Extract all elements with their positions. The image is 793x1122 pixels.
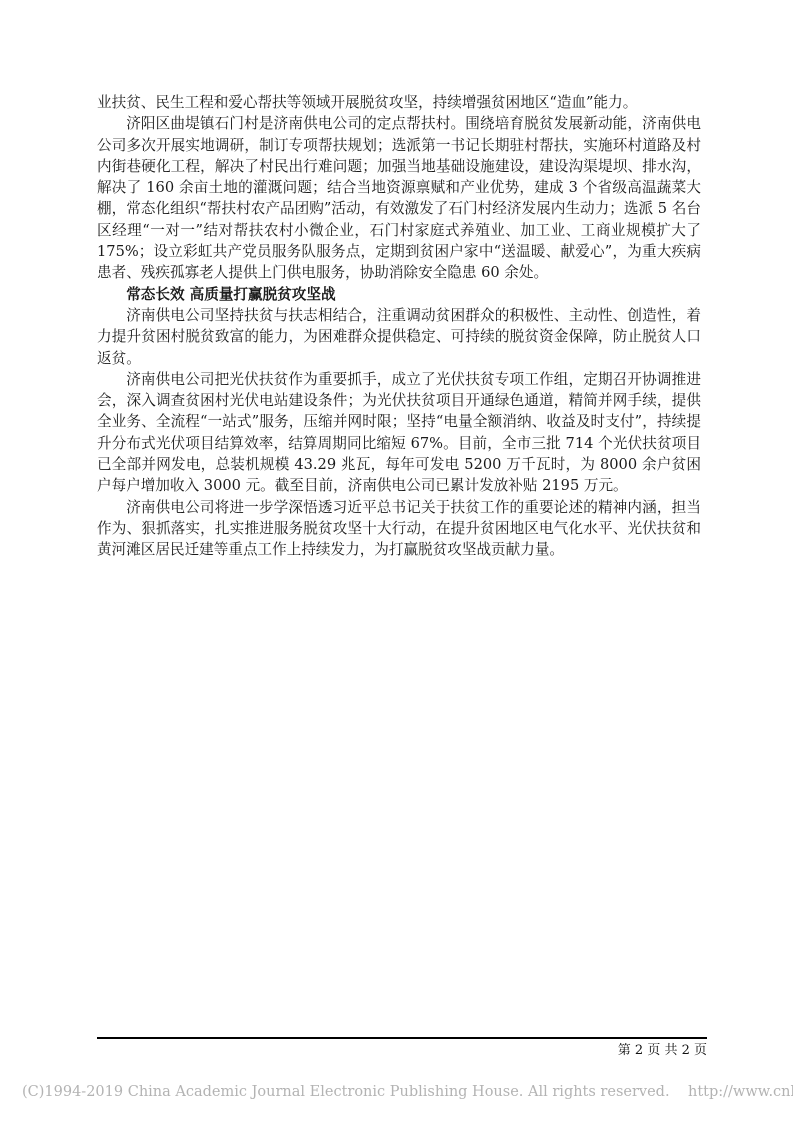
article-body: 业扶贫、民生工程和爱心帮扶等领域开展脱贫攻坚，持续增强贫困地区“造血”能力。 济… xyxy=(97,92,701,561)
paragraph-aspiration-support: 济南供电公司坚持扶贫与扶志相结合，注重调动贫困群众的积极性、主动性、创造性，着力… xyxy=(97,305,701,369)
paragraph-continuation: 业扶贫、民生工程和爱心帮扶等领域开展脱贫攻坚，持续增强贫困地区“造血”能力。 xyxy=(97,92,701,113)
document-page: 业扶贫、民生工程和爱心帮扶等领域开展脱贫攻坚，持续增强贫困地区“造血”能力。 济… xyxy=(0,0,793,1122)
copyright-notice: (C)1994-2019 China Academic Journal Elec… xyxy=(22,1083,782,1102)
paragraph-village-support: 济阳区曲堤镇石门村是济南供电公司的定点帮扶村。围绕培育脱贫发展新动能，济南供电公… xyxy=(97,113,701,283)
paragraph-photovoltaic: 济南供电公司把光伏扶贫作为重要抓手，成立了光伏扶贫专项工作组，定期召开协调推进会… xyxy=(97,369,701,497)
paragraph-conclusion: 济南供电公司将进一步学深悟透习近平总书记关于扶贫工作的重要论述的精神内涵，担当作… xyxy=(97,497,701,561)
footer-divider xyxy=(97,1037,707,1039)
page-number: 第 2 页 共 2 页 xyxy=(97,1042,707,1059)
section-heading: 常态长效 高质量打赢脱贫攻坚战 xyxy=(97,284,701,305)
